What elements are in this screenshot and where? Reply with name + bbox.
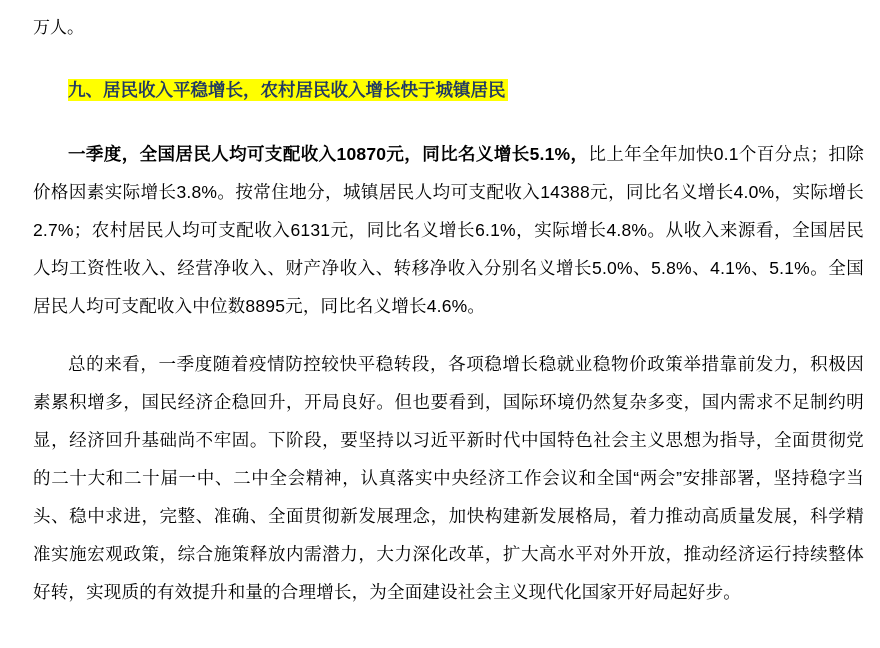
paragraph-income-body: 比上年全年加快0.1个百分点；扣除价格因素实际增长3.8%。按常住地分，城镇居民… (33, 144, 864, 316)
top-paragraph-fragment: 万人。 (33, 9, 864, 47)
section-heading-highlighted-text: 九、居民收入平稳增长，农村居民收入增长快于城镇居民 (68, 79, 508, 101)
paragraph-income: 一季度，全国居民人均可支配收入10870元，同比名义增长5.1%，比上年全年加快… (33, 135, 864, 325)
section-heading: 九、居民收入平稳增长，农村居民收入增长快于城镇居民 (33, 71, 864, 109)
paragraph-summary: 总的来看，一季度随着疫情防控较快平稳转段，各项稳增长稳就业稳物价政策举措靠前发力… (33, 345, 864, 611)
paragraph-income-bold-lead: 一季度，全国居民人均可支配收入10870元，同比名义增长5.1%， (68, 144, 588, 164)
document-page: 万人。 九、居民收入平稳增长，农村居民收入增长快于城镇居民 一季度，全国居民人均… (0, 0, 880, 648)
